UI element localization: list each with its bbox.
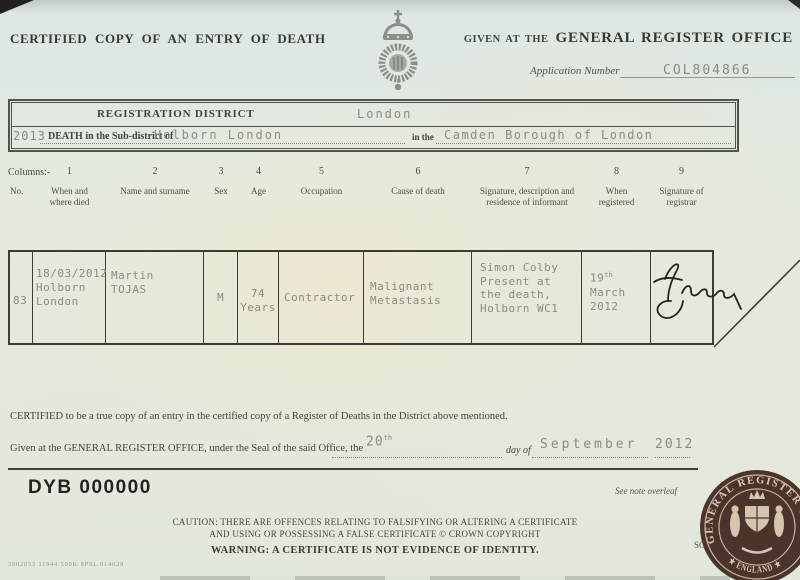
- sub-district-value: Holborn London: [154, 128, 283, 142]
- registration-district-row: REGISTRATION DISTRICT London: [12, 103, 735, 127]
- column-label-no: No.: [10, 186, 33, 209]
- royal-crest-icon: [375, 8, 421, 94]
- divider-rule: [8, 468, 698, 470]
- borough-value: Camden Borough of London: [444, 128, 653, 142]
- column-numbers-row: 1 2 3 4 5 6 7 8 9: [10, 166, 712, 177]
- registration-district-value: London: [357, 107, 412, 121]
- seal-month-value: September: [540, 437, 637, 452]
- registration-district-label: REGISTRATION DISTRICT: [97, 108, 255, 120]
- registered-year: 2012: [590, 300, 650, 314]
- column-number: 5: [279, 166, 364, 177]
- death-certificate: CERTIFIED COPY OF AN ENTRY OF DEATH GIVE…: [0, 0, 800, 580]
- caution-line-2: AND USING OR POSSESSING A FALSE CERTIFIC…: [120, 528, 630, 540]
- dotted-line: [655, 456, 690, 458]
- diagonal-stroke: [700, 248, 800, 350]
- column-labels-row: No. When and where died Name and surname…: [10, 186, 712, 209]
- caution-line-1: CAUTION: THERE ARE OFFENCES RELATING TO …: [120, 516, 630, 528]
- application-number-line: COL804866: [620, 59, 795, 78]
- column-label-sex: Sex: [204, 186, 238, 209]
- given-at-statement: Given at the GENERAL REGISTER OFFICE, un…: [10, 443, 363, 454]
- dotted-line: [532, 456, 648, 458]
- register-entry-table: 83 18/03/2012 Holborn London Martin TOJA…: [8, 250, 714, 345]
- cell-name-surname: Martin TOJAS: [106, 252, 204, 343]
- print-batch-code: 3002053 11944 509K 8PSL 014029: [8, 562, 124, 568]
- column-number: 9: [651, 166, 712, 177]
- registration-district-box: REGISTRATION DISTRICT London 2013 DEATH …: [8, 99, 739, 152]
- cell-when-registered: 19th March 2012: [582, 252, 651, 343]
- column-label-age: Age: [238, 186, 279, 209]
- column-number: 1: [33, 166, 106, 177]
- cell-informant: Simon Colby Present at the death, Holbor…: [472, 252, 582, 343]
- column-label-name: Name and surname: [106, 186, 204, 209]
- see-note-overleaf: See note overleaf: [615, 486, 677, 496]
- caution-block: CAUTION: THERE ARE OFFENCES RELATING TO …: [120, 516, 630, 556]
- cell-sex: M: [204, 252, 238, 343]
- certificate-title: CERTIFIED COPY OF AN ENTRY OF DEATH: [10, 31, 326, 47]
- registered-day-suffix: th: [604, 271, 612, 279]
- cell-cause-of-death: Malignant Metastasis: [364, 252, 472, 343]
- column-label-occupation: Occupation: [279, 186, 364, 209]
- scan-corner-mark-left: [0, 0, 34, 14]
- cell-when-where-died: 18/03/2012 Holborn London: [33, 252, 106, 343]
- application-number-value: COL804866: [663, 63, 751, 78]
- registered-day: 19: [590, 272, 604, 285]
- dotted-line: [332, 456, 502, 458]
- column-label-registrar: Signature of registrar: [651, 186, 712, 209]
- registration-district-box-inner: REGISTRATION DISTRICT London 2013 DEATH …: [11, 102, 736, 149]
- gro-office-name: GENERAL REGISTER OFFICE: [556, 30, 793, 47]
- column-label-when-registered: When registered: [582, 186, 651, 209]
- column-number: 7: [472, 166, 582, 177]
- column-label-when-where: When and where died: [33, 186, 106, 209]
- cell-age: 74 Years: [238, 252, 279, 343]
- column-number: 4: [238, 166, 279, 177]
- column-label-cause: Cause of death: [364, 186, 472, 209]
- column-number: 2: [106, 166, 204, 177]
- application-number-label: Application Number: [530, 65, 620, 78]
- application-number-row: Application Number COL804866: [530, 60, 795, 78]
- given-at-prefix: GIVEN AT THE: [464, 34, 549, 45]
- column-number: [10, 166, 33, 177]
- column-number: 3: [204, 166, 238, 177]
- column-number: 8: [582, 166, 651, 177]
- scan-corner-mark-right: [788, 0, 800, 9]
- dotted-line: [436, 142, 731, 144]
- given-at-heading: GIVEN AT THE GENERAL REGISTER OFFICE: [464, 30, 793, 47]
- entry-year: 2013: [13, 129, 46, 143]
- seal-day-value: 20th: [366, 434, 392, 449]
- certified-statement: CERTIFIED to be a true copy of an entry …: [10, 411, 650, 422]
- column-label-informant: Signature, description and residence of …: [472, 186, 582, 209]
- certificate-serial: DYB 000000: [28, 477, 152, 499]
- cell-occupation: Contractor: [279, 252, 364, 343]
- registered-month: March: [590, 286, 650, 300]
- warning-line: WARNING: A CERTIFICATE IS NOT EVIDENCE O…: [120, 545, 630, 556]
- cell-entry-number: 83: [10, 252, 33, 343]
- day-of-label: day of: [506, 445, 531, 456]
- column-number: 6: [364, 166, 472, 177]
- sub-district-row: 2013 DEATH in the Sub-district of Holbor…: [12, 127, 735, 147]
- dotted-line: [40, 142, 405, 144]
- scan-edge-artifact: [160, 576, 730, 580]
- in-the-label: in the: [412, 132, 434, 142]
- seal-year-value: 2012: [655, 437, 694, 452]
- gro-seal: GENERAL REGISTER OFFICE ★ ENGLAND ★: [698, 468, 800, 580]
